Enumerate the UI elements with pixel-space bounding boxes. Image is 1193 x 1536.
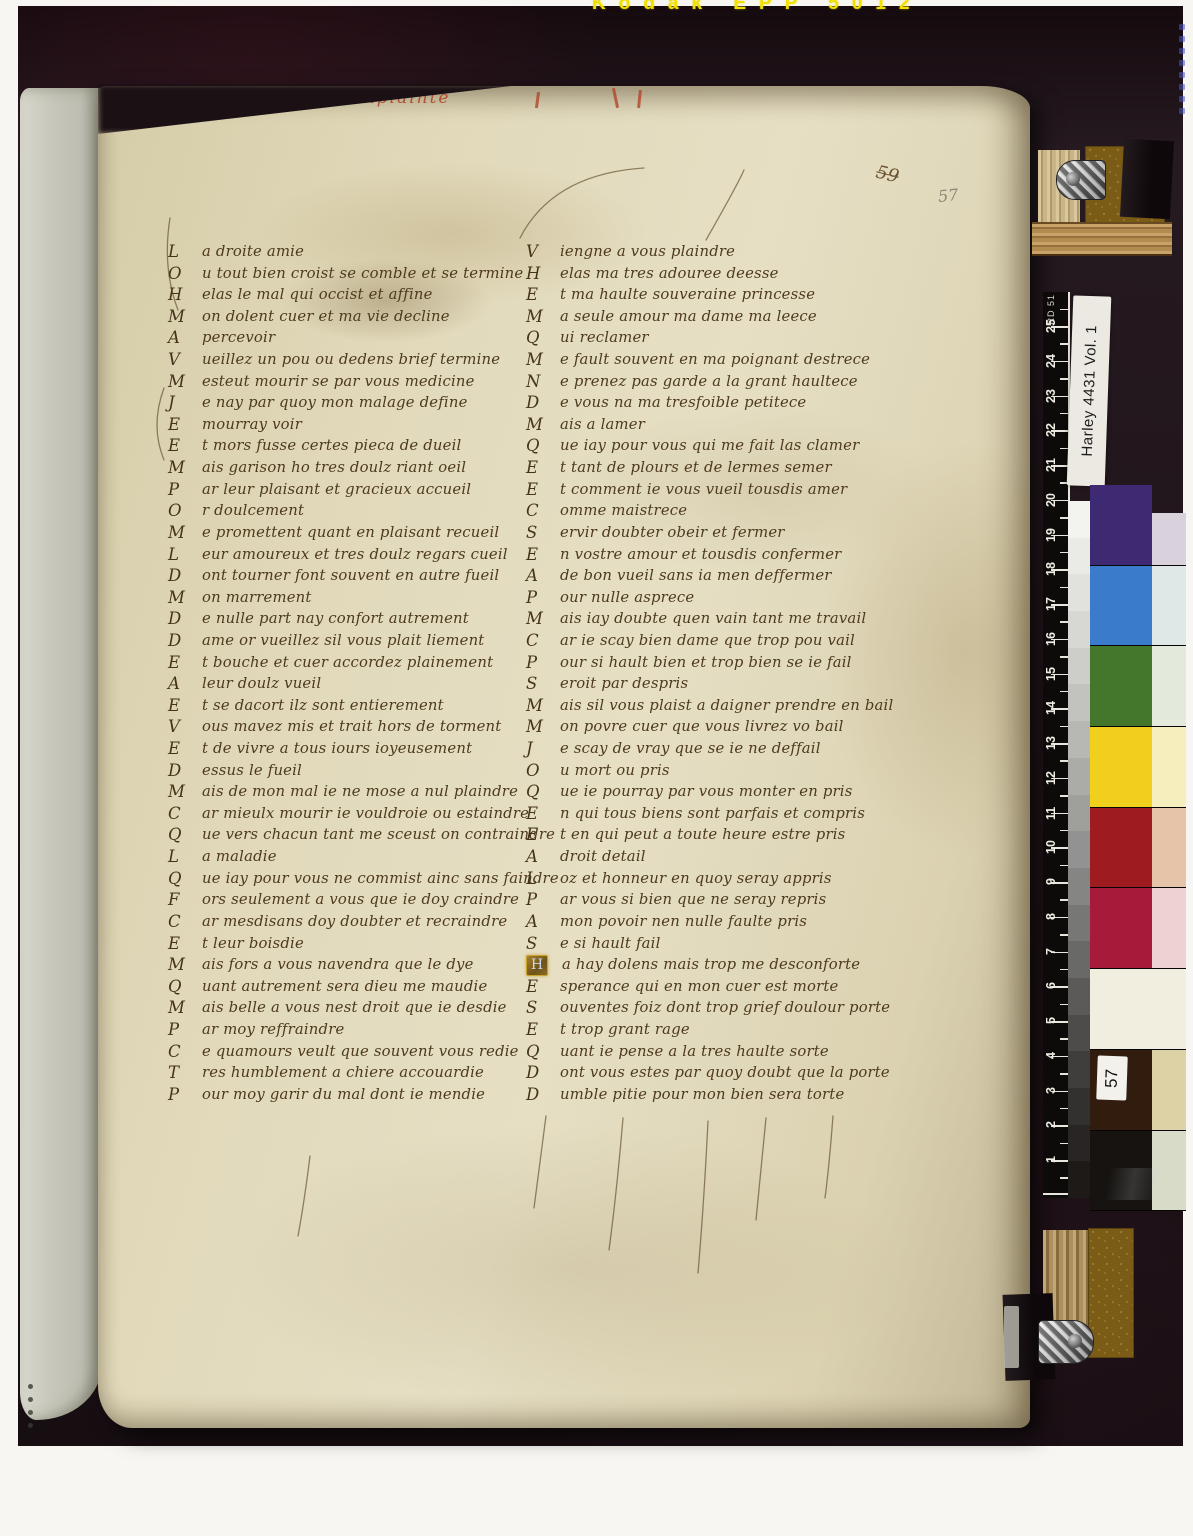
ruler-number: 5 — [1044, 1011, 1062, 1031]
line-initial: M — [168, 522, 202, 544]
manuscript-line: Adroit detail — [526, 846, 1006, 868]
ruler-tick — [1060, 899, 1068, 901]
line-initial: E — [526, 544, 560, 566]
line-initial: O — [526, 760, 560, 782]
ruler-header-text: RD 51 — [1046, 294, 1056, 325]
line-text: res humblement a chiere accouardie — [202, 1062, 484, 1084]
manuscript-line: De nulle part nay confort autrement — [168, 608, 540, 630]
ruler-number: 4 — [1044, 1046, 1062, 1066]
manuscript-line: En qui tous biens sont parfais et compri… — [526, 803, 1006, 825]
line-text: e si hault fail — [560, 933, 661, 955]
line-initial: E — [168, 695, 202, 717]
line-text: on marrement — [202, 587, 312, 609]
manuscript-line: Souventes foiz dont trop grief doulour p… — [526, 997, 1006, 1019]
line-text: ame or vueillez sil vous plait liement — [202, 630, 484, 652]
line-text: ar ie scay bien dame que trop pou vail — [560, 630, 855, 652]
ruler-number: 1 — [1044, 1150, 1062, 1170]
manuscript-line: Se si hault fail — [526, 933, 1006, 955]
line-initial: H — [168, 284, 202, 306]
manuscript-line: Mais garison ho tres doulz riant oeil — [168, 457, 540, 479]
manuscript-line: Dame or vueillez sil vous plait liement — [168, 630, 540, 652]
ruler-tick — [1060, 830, 1068, 832]
line-text: e promettent quant en plaisant recueil — [202, 522, 499, 544]
line-text: t leur boisdie — [202, 933, 304, 955]
line-text: our nulle asprece — [560, 587, 694, 609]
line-initial: D — [526, 1084, 560, 1106]
small-edge-label — [1004, 1306, 1019, 1368]
line-initial: S — [526, 997, 560, 1019]
manuscript-page: une autre complainte 59 57 La droite ami… — [98, 86, 1030, 1428]
line-initial: M — [526, 695, 560, 717]
color-patches-saturated — [1090, 485, 1152, 1211]
grayscale-step — [1068, 831, 1090, 868]
calibration-ruler: 1234567891011121314151617181920212223242… — [1043, 292, 1070, 1198]
line-initial: H — [526, 263, 560, 285]
line-initial: S — [526, 522, 560, 544]
color-patch-blue — [1090, 566, 1152, 647]
ruler-number: 20 — [1044, 490, 1062, 510]
line-text: mourray voir — [202, 414, 302, 436]
color-patch-purple — [1090, 485, 1152, 566]
ruler-number: 17 — [1044, 594, 1062, 614]
line-text: iengne a vous plaindre — [560, 241, 735, 263]
ruler-end-line — [1043, 1193, 1068, 1195]
line-initial: E — [526, 457, 560, 479]
line-text: ais sil vous plaist a daigner prendre en… — [560, 695, 893, 717]
manuscript-line: Je scay de vray que se ie ne deffail — [526, 738, 1006, 760]
page-number-text: 57 — [1102, 1068, 1123, 1088]
page-number-label: 57 — [1096, 1055, 1128, 1100]
pale-patch-brown — [1152, 1050, 1186, 1131]
line-initial: A — [526, 911, 560, 933]
line-text: elas le mal qui occist et affine — [202, 284, 433, 306]
film-edge-dash — [1179, 96, 1185, 102]
color-patch-dark-red — [1090, 808, 1152, 889]
line-initial: Q — [526, 781, 560, 803]
ruler-tick — [1060, 621, 1068, 623]
manuscript-line: Et tant de plours et de lermes semer — [526, 457, 1006, 479]
grayscale-step — [1068, 574, 1090, 611]
shelfmark-text: Harley 4431 Vol. 1 — [1078, 325, 1100, 457]
ruler-tick — [1060, 1038, 1068, 1040]
line-text: e vous na ma tresfoible petitece — [560, 392, 806, 414]
line-text: e quamours veult que souvent vous redie — [202, 1041, 519, 1063]
manuscript-line: Dessus le fueil — [168, 760, 540, 782]
line-text: ais fors a vous navendra que le dye — [202, 954, 474, 976]
line-initial: M — [526, 716, 560, 738]
line-text: t comment ie vous vueil tousdis amer — [560, 479, 847, 501]
grayscale-step — [1068, 941, 1090, 978]
manuscript-line: Pour moy garir du mal dont ie mendie — [168, 1084, 540, 1106]
line-text: percevoir — [202, 327, 275, 349]
line-text: ui reclamer — [560, 327, 649, 349]
line-text: r doulcement — [202, 500, 304, 522]
line-text: a hay dolens mais trop me desconforte — [562, 954, 860, 976]
ruler-tick — [1060, 934, 1068, 936]
grayscale-step — [1068, 1161, 1090, 1198]
grayscale-step — [1068, 868, 1090, 905]
line-initial: O — [168, 263, 202, 285]
line-text: on dolent cuer et ma vie decline — [202, 306, 450, 328]
glossy-reflection — [1090, 1168, 1186, 1200]
film-edge-dash — [1179, 24, 1185, 30]
manuscript-line: Ha hay dolens mais trop me desconforte — [526, 954, 1006, 976]
film-stock-label: Kodak EPP 5012 — [592, 0, 923, 15]
binding-strap-top — [1120, 139, 1174, 220]
line-text: ais belle a vous nest droit que ie desdi… — [202, 997, 507, 1019]
film-edge-dash — [1179, 48, 1185, 54]
manuscript-line: Leur amoureux et tres doulz regars cueil — [168, 544, 540, 566]
manuscript-line: Mon dolent cuer et ma vie decline — [168, 306, 540, 328]
manuscript-line: Ma seule amour ma dame ma leece — [526, 306, 1006, 328]
line-text: t trop grant rage — [560, 1019, 690, 1041]
ruler-tick — [1060, 656, 1068, 658]
line-initial: D — [168, 608, 202, 630]
grayscale-step — [1068, 905, 1090, 942]
ruler-number: 13 — [1044, 733, 1062, 753]
line-text: ais iay doubte quen vain tant me travail — [560, 608, 866, 630]
manuscript-line: Dont vous estes par quoy doubt que la po… — [526, 1062, 1006, 1084]
line-initial: F — [168, 889, 202, 911]
film-edge-dash — [1179, 108, 1185, 114]
line-text: ais garison ho tres doulz riant oeil — [202, 457, 466, 479]
manuscript-line: Emourray voir — [168, 414, 540, 436]
line-text: e prenez pas garde a la grant haultece — [560, 371, 858, 393]
ruler-number: 24 — [1044, 351, 1062, 371]
manuscript-line: Quant autrement sera dieu me maudie — [168, 976, 540, 998]
line-text: leur doulz vueil — [202, 673, 321, 695]
manuscript-line: De vous na ma tresfoible petitece — [526, 392, 1006, 414]
facing-page-edge — [20, 88, 102, 1420]
ruler-tick — [1060, 343, 1068, 345]
line-initial: C — [168, 803, 202, 825]
grayscale-step — [1068, 538, 1090, 575]
wooden-board-edge — [1032, 222, 1172, 256]
manuscript-line: La maladie — [168, 846, 540, 868]
ruler-number: 22 — [1044, 420, 1062, 440]
line-text: a maladie — [202, 846, 277, 868]
line-text: ais de mon mal ie ne mose a nul plaindre — [202, 781, 518, 803]
pale-patch-green — [1152, 646, 1186, 727]
grayscale-step — [1068, 501, 1090, 538]
line-initial: S — [526, 673, 560, 695]
line-initial: V — [526, 241, 560, 263]
line-text: t bouche et cuer accordez plainement — [202, 652, 493, 674]
line-initial: E — [168, 652, 202, 674]
line-initial: M — [168, 371, 202, 393]
line-initial: D — [526, 1062, 560, 1084]
line-text: u mort ou pris — [560, 760, 670, 782]
line-text: eroit par despris — [560, 673, 688, 695]
line-initial: N — [526, 371, 560, 393]
manuscript-line: Et trop grant rage — [526, 1019, 1006, 1041]
manuscript-line: Apercevoir — [168, 327, 540, 349]
line-text: ont tourner font souvent en autre fueil — [202, 565, 499, 587]
ruler-number: 19 — [1044, 525, 1062, 545]
ruler-tick — [1060, 1143, 1068, 1145]
manuscript-line: Ou mort ou pris — [526, 760, 1006, 782]
manuscript-line: Viengne a vous plaindre — [526, 241, 1006, 263]
ruler-number: 7 — [1044, 942, 1062, 962]
ruler-tick — [1060, 969, 1068, 971]
ruler-tick — [1060, 760, 1068, 762]
ruler-number: 16 — [1044, 629, 1062, 649]
line-initial: D — [526, 392, 560, 414]
line-initial: C — [526, 500, 560, 522]
line-text: elas ma tres adouree deesse — [560, 263, 779, 285]
line-initial: E — [526, 1019, 560, 1041]
ruler-number: 6 — [1044, 976, 1062, 996]
line-text: eur amoureux et tres doulz regars cueil — [202, 544, 508, 566]
ruler-tick — [1060, 1177, 1068, 1179]
line-initial: E — [526, 976, 560, 998]
ruler-tick — [1060, 587, 1068, 589]
ruler-number: 12 — [1044, 768, 1062, 788]
text-column-right: Viengne a vous plaindreHelas ma tres ado… — [526, 241, 1006, 1105]
line-text: ar mieulx mourir ie vouldroie ou estaind… — [202, 803, 529, 825]
line-text: ue ie pourray par vous monter en pris — [560, 781, 853, 803]
line-text: ervir doubter obeir et fermer — [560, 522, 785, 544]
line-initial: P — [168, 1084, 202, 1106]
color-patch-yellow — [1090, 727, 1152, 808]
manuscript-line: Vueillez un pou ou dedens brief termine — [168, 349, 540, 371]
ruler-tick — [1060, 413, 1068, 415]
line-text: n vostre amour et tousdis confermer — [560, 544, 841, 566]
color-patch-white — [1090, 969, 1152, 1050]
ruler-number: 15 — [1044, 664, 1062, 684]
grayscale-step — [1068, 1051, 1090, 1088]
ruler-tick — [1060, 517, 1068, 519]
folio-number-struck: 59 — [874, 162, 901, 188]
line-initial: M — [526, 306, 560, 328]
manuscript-line: Et bouche et cuer accordez plainement — [168, 652, 540, 674]
line-initial: M — [168, 954, 202, 976]
ruler-tick — [1060, 795, 1068, 797]
gilt-gauffered-edge-bottom — [1088, 1228, 1134, 1358]
line-text: ous mavez mis et trait hors de torment — [202, 716, 501, 738]
color-patch-crimson — [1090, 888, 1152, 969]
manuscript-line: Je nay par quoy mon malage define — [168, 392, 540, 414]
ruler-number: 11 — [1044, 803, 1062, 823]
red-ink-mark — [535, 92, 540, 108]
manuscript-line: Quant ie pense a la tres haulte sorte — [526, 1041, 1006, 1063]
line-initial: P — [526, 889, 560, 911]
line-initial: Q — [168, 868, 202, 890]
manuscript-line: Or doulcement — [168, 500, 540, 522]
line-text: ar vous si bien que ne seray repris — [560, 889, 826, 911]
line-text: oz et honneur en quoy seray appris — [560, 868, 832, 890]
manuscript-line: Tres humblement a chiere accouardie — [168, 1062, 540, 1084]
line-text: our moy garir du mal dont ie mendie — [202, 1084, 485, 1106]
line-initial: P — [168, 479, 202, 501]
line-text: uant autrement sera dieu me maudie — [202, 976, 487, 998]
line-text: e fault souvent en ma poignant destrece — [560, 349, 870, 371]
manuscript-line: Car ie scay bien dame que trop pou vail — [526, 630, 1006, 652]
ruler-tick — [1060, 1073, 1068, 1075]
manuscript-line: Helas le mal qui occist et affine — [168, 284, 540, 306]
line-text: e nulle part nay confort autrement — [202, 608, 469, 630]
film-edge-dash — [1179, 72, 1185, 78]
manuscript-line: Comme maistrece — [526, 500, 1006, 522]
line-text: ue iay pour vous qui me fait las clamer — [560, 435, 859, 457]
line-initial: C — [168, 1041, 202, 1063]
line-text: t ma haulte souveraine princesse — [560, 284, 815, 306]
binding-speck — [28, 1423, 33, 1428]
line-initial: A — [168, 673, 202, 695]
manuscript-line: Mon povre cuer que vous livrez vo bail — [526, 716, 1006, 738]
line-initial: A — [526, 846, 560, 868]
pale-patch-purple — [1152, 513, 1186, 566]
ruler-number: 2 — [1044, 1115, 1062, 1135]
line-text: sperance qui en mon cuer est morte — [560, 976, 838, 998]
line-initial: T — [168, 1062, 202, 1084]
line-initial: J — [168, 392, 202, 414]
line-initial: E — [526, 824, 560, 846]
ruler-tick — [1060, 309, 1068, 311]
line-initial: L — [168, 241, 202, 263]
grayscale-step — [1068, 611, 1090, 648]
line-text: ors seulement a vous que ie doy craindre — [202, 889, 519, 911]
ruler-number: 10 — [1044, 837, 1062, 857]
ruler-tick — [1060, 1108, 1068, 1110]
line-text: ont vous estes par quoy doubt que la por… — [560, 1062, 890, 1084]
line-initial: A — [526, 565, 560, 587]
line-text: ueillez un pou ou dedens brief termine — [202, 349, 500, 371]
ruler-number: 21 — [1044, 455, 1062, 475]
line-text: u tout bien croist se comble et se termi… — [202, 263, 523, 285]
manuscript-line: Ne prenez pas garde a la grant haultece — [526, 371, 1006, 393]
metal-page-clip-top — [1056, 160, 1106, 200]
line-initial: M — [168, 457, 202, 479]
line-text: e scay de vray que se ie ne deffail — [560, 738, 821, 760]
manuscript-line: Amon povoir nen nulle faulte pris — [526, 911, 1006, 933]
grayscale-strip — [1068, 501, 1090, 1198]
line-initial: D — [168, 630, 202, 652]
line-initial: L — [168, 846, 202, 868]
manuscript-line: Aleur doulz vueil — [168, 673, 540, 695]
color-patches-pale — [1152, 513, 1186, 1211]
text-column-left: La droite amieOu tout bien croist se com… — [168, 241, 540, 1105]
manuscript-line: Ou tout bien croist se comble et se term… — [168, 263, 540, 285]
binding-speck — [28, 1384, 33, 1389]
line-text: droit detail — [560, 846, 646, 868]
manuscript-line: Dumble pitie pour mon bien sera torte — [526, 1084, 1006, 1106]
manuscript-line: Et ma haulte souveraine princesse — [526, 284, 1006, 306]
manuscript-line: Mais iay doubte quen vain tant me travai… — [526, 608, 1006, 630]
line-initial: V — [168, 349, 202, 371]
line-text: ue vers chacun tant me sceust on contrai… — [202, 824, 555, 846]
line-initial: M — [168, 781, 202, 803]
manuscript-line: Pour si hault bien et trop bien se ie fa… — [526, 652, 1006, 674]
line-text: ais a lamer — [560, 414, 645, 436]
line-text: a seule amour ma dame ma leece — [560, 306, 817, 328]
manuscript-line: Et leur boisdie — [168, 933, 540, 955]
manuscript-line: Car mesdisans doy doubter et recraindre — [168, 911, 540, 933]
line-text: mon povoir nen nulle faulte pris — [560, 911, 807, 933]
manuscript-line: Ade bon vueil sans ia men deffermer — [526, 565, 1006, 587]
line-initial: M — [168, 306, 202, 328]
manuscript-line: Par vous si bien que ne seray repris — [526, 889, 1006, 911]
ruler-number: 23 — [1044, 386, 1062, 406]
line-text: essus le fueil — [202, 760, 302, 782]
grayscale-step — [1068, 758, 1090, 795]
line-text: t se dacort ilz sont entierement — [202, 695, 444, 717]
manuscript-line: Par moy reffraindre — [168, 1019, 540, 1041]
line-text: ue iay pour vous ne commist ainc sans fa… — [202, 868, 559, 890]
pale-patch-blue — [1152, 566, 1186, 647]
ruler-number: 14 — [1044, 698, 1062, 718]
line-text: de bon vueil sans ia men deffermer — [560, 565, 832, 587]
grayscale-step — [1068, 684, 1090, 721]
line-text: our si hault bien et trop bien se ie fai… — [560, 652, 852, 674]
line-initial: M — [168, 587, 202, 609]
manuscript-line: Loz et honneur en quoy seray appris — [526, 868, 1006, 890]
manuscript-line: Mais belle a vous nest droit que ie desd… — [168, 997, 540, 1019]
manuscript-line: Vous mavez mis et trait hors de torment — [168, 716, 540, 738]
line-initial: D — [168, 565, 202, 587]
illuminated-initial: H — [526, 955, 548, 976]
shelfmark-label: Harley 4431 Vol. 1 — [1067, 295, 1112, 486]
manuscript-line: Me promettent quant en plaisant recueil — [168, 522, 540, 544]
line-initial: C — [168, 911, 202, 933]
manuscript-line: Et de vivre a tous iours ioyeusement — [168, 738, 540, 760]
line-initial: Q — [526, 435, 560, 457]
ruler-tick — [1060, 552, 1068, 554]
line-text: esteut mourir se par vous medicine — [202, 371, 475, 393]
line-initial: P — [526, 587, 560, 609]
manuscript-line: Mais fors a vous navendra que le dye — [168, 954, 540, 976]
ruler-number: 9 — [1044, 872, 1062, 892]
manuscript-line: Que ie pourray par vous monter en pris — [526, 781, 1006, 803]
line-text: ouventes foiz dont trop grief doulour po… — [560, 997, 890, 1019]
manuscript-line: Me fault souvent en ma poignant destrece — [526, 349, 1006, 371]
ruler-tick — [1060, 378, 1068, 380]
line-text: t mors fusse certes pieca de dueil — [202, 435, 461, 457]
ruler-tick — [1060, 865, 1068, 867]
manuscript-line: Helas ma tres adouree deesse — [526, 263, 1006, 285]
manuscript-line: Ce quamours veult que souvent vous redie — [168, 1041, 540, 1063]
manuscript-line: Que vers chacun tant me sceust on contra… — [168, 824, 540, 846]
line-text: t de vivre a tous iours ioyeusement — [202, 738, 472, 760]
line-initial: L — [526, 868, 560, 890]
manuscript-line: Mesteut mourir se par vous medicine — [168, 371, 540, 393]
line-initial: E — [168, 738, 202, 760]
line-text: a droite amie — [202, 241, 304, 263]
line-initial: E — [168, 933, 202, 955]
line-initial: Q — [526, 327, 560, 349]
line-text: ar mesdisans doy doubter et recraindre — [202, 911, 507, 933]
line-initial: E — [526, 803, 560, 825]
line-text: ar moy reffraindre — [202, 1019, 344, 1041]
line-text: umble pitie pour mon bien sera torte — [560, 1084, 844, 1106]
manuscript-line: Mais sil vous plaist a daigner prendre e… — [526, 695, 1006, 717]
line-initial: C — [526, 630, 560, 652]
line-text: t en qui peut a toute heure estre pris — [560, 824, 845, 846]
manuscript-line: Qui reclamer — [526, 327, 1006, 349]
line-initial: P — [168, 1019, 202, 1041]
line-initial: M — [168, 997, 202, 1019]
manuscript-line: Dont tourner font souvent en autre fueil — [168, 565, 540, 587]
ruler-tick — [1060, 448, 1068, 450]
manuscript-line: Et en qui peut a toute heure estre pris — [526, 824, 1006, 846]
ruler-tick — [1060, 726, 1068, 728]
manuscript-line: Pour nulle asprece — [526, 587, 1006, 609]
manuscript-line: La droite amie — [168, 241, 540, 263]
ruler-number: 8 — [1044, 907, 1062, 927]
line-initial: M — [526, 608, 560, 630]
line-text: omme maistrece — [560, 500, 687, 522]
grayscale-step — [1068, 1015, 1090, 1052]
